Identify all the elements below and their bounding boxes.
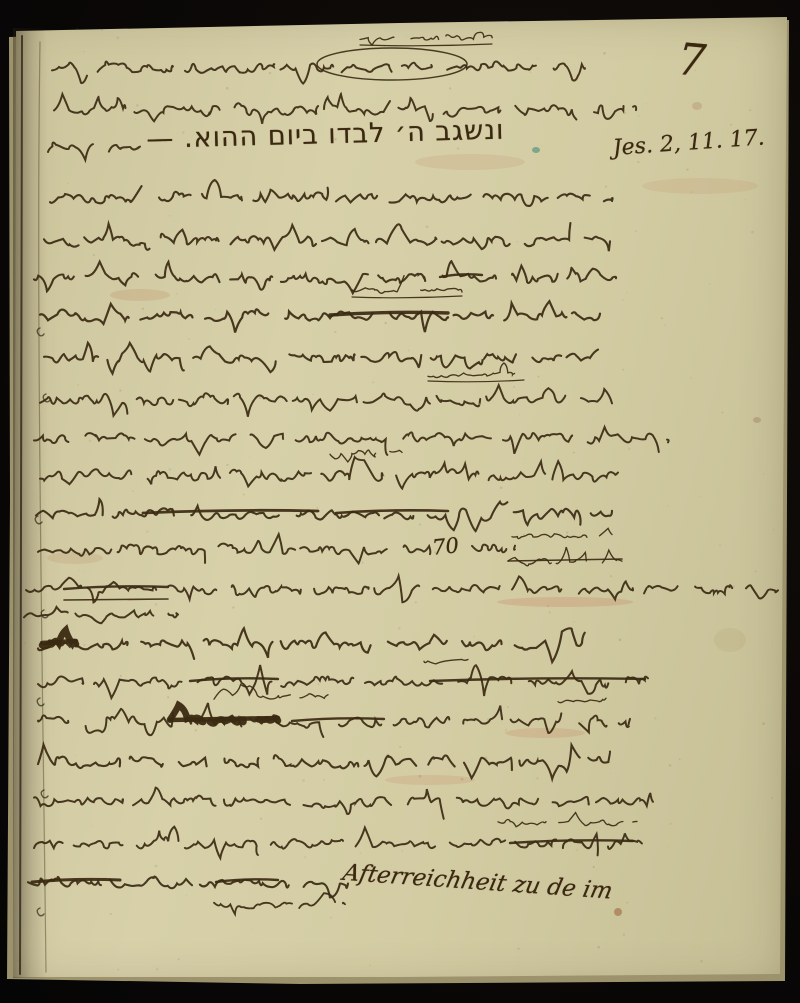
photo-frame: 7 Jes. 2, 11. 17. ונשגב ה׳ לבדו ביום ההו…	[0, 0, 800, 1003]
manuscript-page	[0, 0, 800, 1003]
